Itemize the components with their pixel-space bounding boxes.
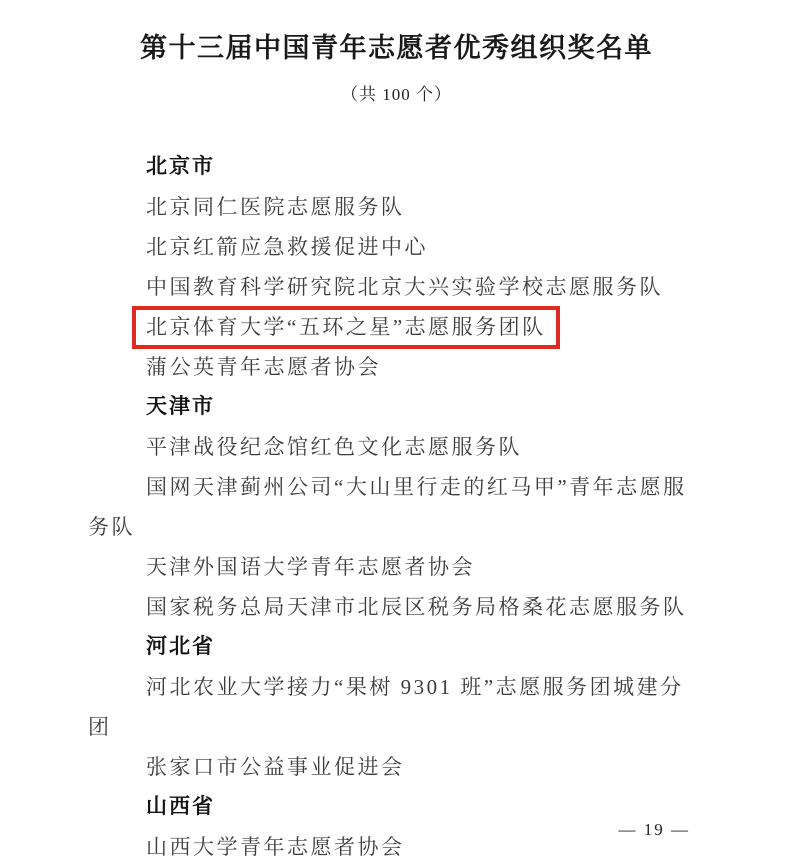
region-heading: 天津市	[88, 387, 700, 427]
award-list: 北京市北京同仁医院志愿服务队北京红箭应急救援促进中心中国教育科学研究院北京大兴实…	[88, 147, 700, 865]
document-title: 第十三届中国青年志愿者优秀组织奖名单	[0, 26, 793, 65]
organization-item: 国家税务总局天津市北辰区税务局格桑花志愿服务队	[88, 587, 700, 627]
document-subtitle: （共 100 个）	[0, 80, 793, 105]
organization-item: 河北农业大学接力“果树 9301 班”志愿服务团城建分团	[88, 667, 700, 747]
highlighted-organization: 北京体育大学“五环之星”志愿服务团队	[88, 307, 700, 347]
organization-item: 中国教育科学研究院北京大兴实验学校志愿服务队	[88, 267, 700, 307]
organization-item: 北京红箭应急救援促进中心	[88, 227, 700, 267]
region-heading: 山西省	[88, 787, 700, 827]
organization-item: 山西大学青年志愿者协会	[88, 827, 700, 865]
organization-item: 张家口市公益事业促进会	[88, 747, 700, 787]
document-page: 第十三届中国青年志愿者优秀组织奖名单 （共 100 个） 北京市北京同仁医院志愿…	[0, 0, 793, 865]
page-number: — 19 —	[619, 820, 691, 840]
region-heading: 河北省	[88, 627, 700, 667]
highlight-box: 北京体育大学“五环之星”志愿服务团队	[132, 306, 560, 349]
organization-item: 国网天津蓟州公司“大山里行走的红马甲”青年志愿服务队	[88, 467, 700, 547]
organization-item: 蒲公英青年志愿者协会	[88, 347, 700, 387]
organization-item: 北京同仁医院志愿服务队	[88, 187, 700, 227]
region-heading: 北京市	[88, 147, 700, 187]
organization-item: 天津外国语大学青年志愿者协会	[88, 547, 700, 587]
organization-item: 平津战役纪念馆红色文化志愿服务队	[88, 427, 700, 467]
